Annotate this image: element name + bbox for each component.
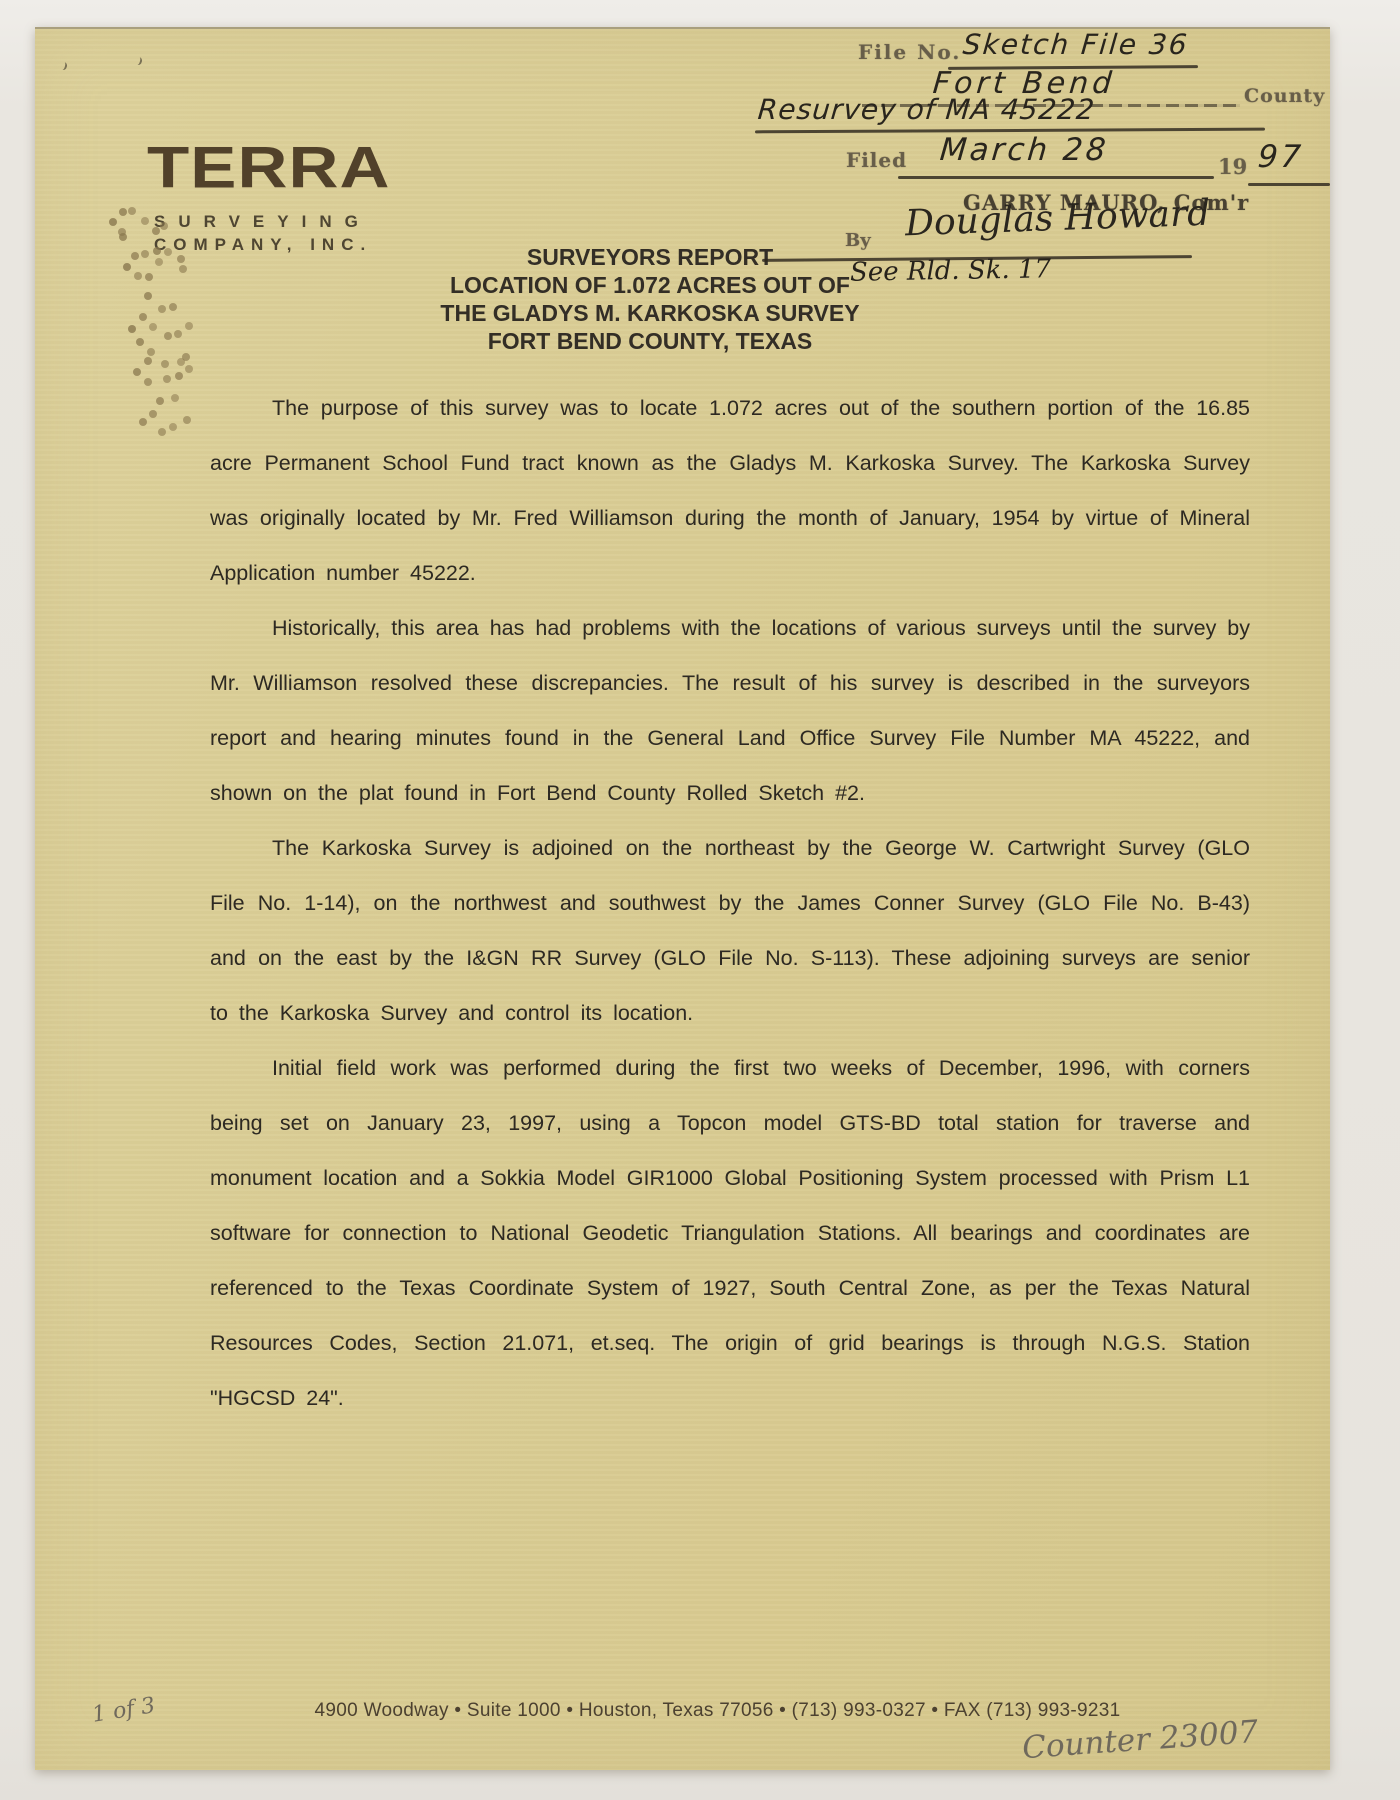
title-line-3: THE GLADYS M. KARKOSKA SURVEY — [325, 299, 975, 327]
filed-label-stamp: Filed — [846, 148, 907, 172]
dot-trail-decoration — [95, 199, 215, 449]
report-body: The purpose of this survey was to locate… — [210, 381, 1250, 1426]
year-handwritten-value: 97 — [1256, 139, 1305, 175]
year-rule-line — [1248, 183, 1330, 186]
by-label-stamp: By — [845, 230, 871, 251]
company-address-footer: 4900 Woodway • Suite 1000 • Houston, Tex… — [70, 1700, 1365, 1722]
file-no-label-stamp: File No. — [858, 40, 961, 64]
scan-artifact — [59, 61, 68, 71]
title-line-4: FORT BEND COUNTY, TEXAS — [325, 327, 975, 355]
county-label-stamp: County — [1244, 85, 1325, 107]
paragraph-field-work: Initial field work was performed during … — [210, 1041, 1250, 1426]
resurvey-handwritten-note: Resurvey of MA 45222 — [757, 93, 1097, 126]
paragraph-adjoiners: The Karkoska Survey is adjoined on the n… — [210, 821, 1250, 1041]
paragraph-purpose: The purpose of this survey was to locate… — [210, 381, 1250, 601]
filed-rule-line — [898, 176, 1214, 179]
sketch-ref-handwritten: See Rld. Sk. 17 — [850, 254, 1052, 288]
file-no-handwritten-value: Sketch File 36 — [962, 28, 1191, 61]
scan-artifact — [134, 56, 143, 66]
terra-logo: TERRA — [147, 133, 428, 201]
year-prefix-stamp: 19 — [1218, 154, 1247, 179]
scanned-document-page: TERRA SURVEYING COMPANY, INC. — [35, 27, 1330, 1770]
paragraph-history: Historically, this area has had problems… — [210, 601, 1250, 821]
filed-date-handwritten: March 28 — [938, 132, 1110, 168]
